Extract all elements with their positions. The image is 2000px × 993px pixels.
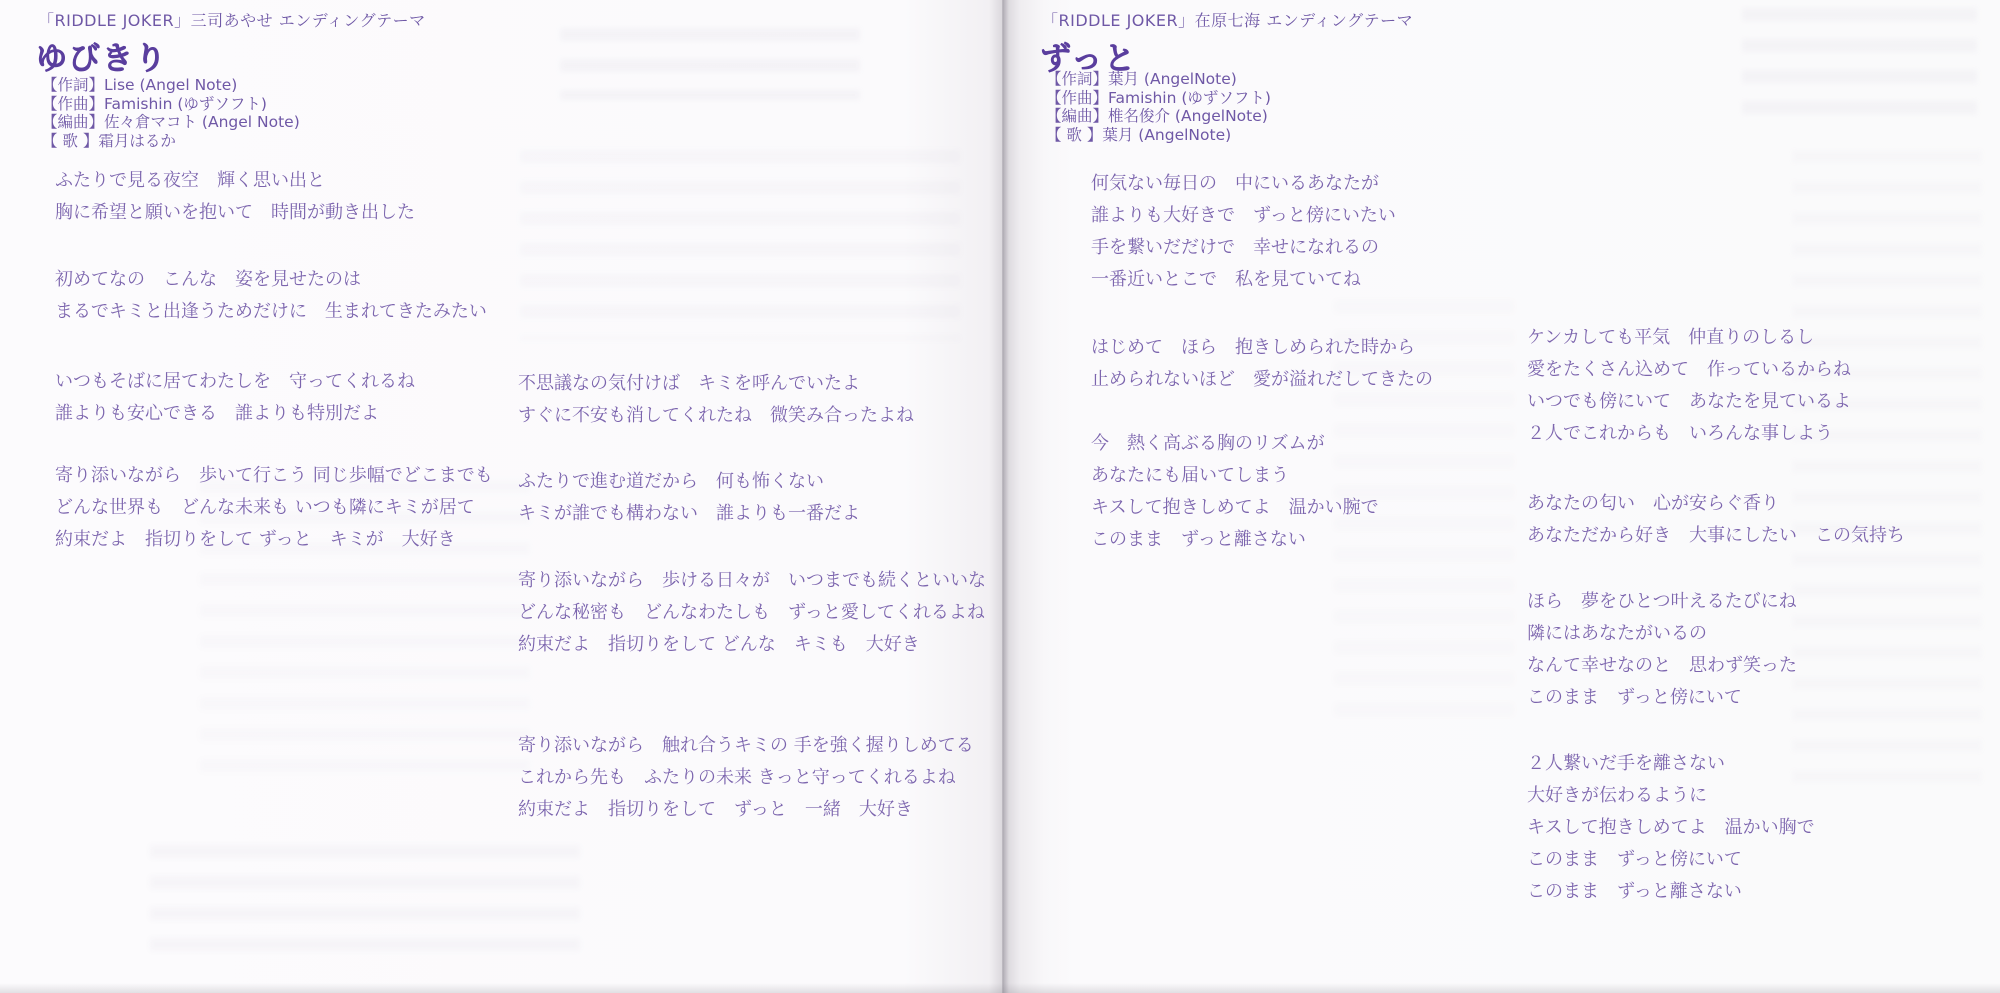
lyric-line: キスして抱きしめてよ 温かい胸で: [1527, 812, 1815, 844]
lyric-line: ほら 夢をひとつ叶えるたびにね: [1527, 586, 1797, 618]
lyric-line: 胸に希望と願いを抱いて 時間が動き出した: [55, 197, 415, 229]
lyric-line: いつもそばに居てわたしを 守ってくれるね: [55, 366, 415, 398]
lyric-line: 寄り添いながら 歩ける日々が いつまでも続くといいな: [518, 565, 986, 597]
lyric-line: どんな秘密も どんなわたしも ずっと愛してくれるよね: [518, 597, 986, 629]
lyric-line: 何気ない毎日の 中にいるあなたが: [1091, 168, 1396, 200]
lyric-line: 【編曲】椎名俊介 (AngelNote): [1046, 107, 1271, 126]
left-page-credits: 【作詞】Lise (Angel Note)【作曲】Famishin (ゆずソフト…: [42, 76, 300, 150]
lyric-line: あなただから好き 大事にしたい この気持ち: [1527, 520, 1905, 552]
lyric-block: ２人繋いだ手を離さない大好きが伝わるようにキスして抱きしめてよ 温かい胸でこのま…: [1527, 748, 1815, 908]
lyric-line: 手を繋いだだけで 幸せになれるの: [1091, 232, 1396, 264]
lyric-line: 一番近いとこで 私を見ていてね: [1091, 264, 1396, 296]
lyric-line: 【作詞】葉月 (AngelNote): [1046, 70, 1271, 89]
lyric-block: ふたりで見る夜空 輝く思い出と胸に希望と願いを抱いて 時間が動き出した: [55, 165, 415, 229]
lyric-line: 止められないほど 愛が溢れだしてきたの: [1091, 364, 1433, 396]
lyric-line: 不思議なの気付けば キミを呼んでいたよ: [518, 368, 914, 400]
lyric-line: 【作詞】Lise (Angel Note): [42, 76, 300, 95]
bleedthrough-artifact: [1742, 8, 1977, 120]
right-page-credits: 【作詞】葉月 (AngelNote)【作曲】Famishin (ゆずソフト)【編…: [1046, 70, 1271, 144]
left-page-header: 「RIDDLE JOKER」三司あやせ エンディングテーマ: [38, 8, 426, 31]
lyric-line: 大好きが伝わるように: [1527, 780, 1815, 812]
lyric-line: 隣にはあなたがいるの: [1527, 618, 1797, 650]
lyric-block: はじめて ほら 抱きしめられた時から止められないほど 愛が溢れだしてきたの: [1091, 332, 1433, 396]
lyric-line: このまま ずっと離さない: [1527, 876, 1815, 908]
lyric-line: 【編曲】佐々倉マコト (Angel Note): [42, 113, 300, 132]
lyric-line: あなたの匂い 心が安らぐ香り: [1527, 488, 1905, 520]
right-page: 「RIDDLE JOKER」在原七海 エンディングテーマ ずっと 【作詞】葉月 …: [1004, 0, 2000, 993]
bleedthrough-artifact: [560, 28, 860, 100]
lyric-line: このまま ずっと傍にいて: [1527, 844, 1815, 876]
lyric-line: どんな世界も どんな未来も いつも隣にキミが居て: [55, 492, 493, 524]
lyric-line: ふたりで見る夜空 輝く思い出と: [55, 165, 415, 197]
lyric-block: ケンカしても平気 仲直りのしるし愛をたくさん込めて 作っているからねいつでも傍に…: [1527, 322, 1851, 450]
bleedthrough-artifact: [150, 845, 580, 955]
lyric-block: 初めてなの こんな 姿を見せたのはまるでキミと出逢うためだけに 生まれてきたみた…: [55, 264, 487, 328]
lyric-line: 約束だよ 指切りをして どんな キミも 大好き: [518, 629, 986, 661]
lyric-line: 初めてなの こんな 姿を見せたのは: [55, 264, 487, 296]
lyric-line: すぐに不安も消してくれたね 微笑み合ったよね: [518, 400, 914, 432]
right-page-header: 「RIDDLE JOKER」在原七海 エンディングテーマ: [1042, 8, 1413, 31]
lyric-block: ほら 夢をひとつ叶えるたびにね隣にはあなたがいるのなんて幸せなのと 思わず笑った…: [1527, 586, 1797, 714]
lyric-line: 誰よりも安心できる 誰よりも特別だよ: [55, 398, 415, 430]
lyric-line: いつでも傍にいて あなたを見ているよ: [1527, 386, 1851, 418]
lyric-line: ケンカしても平気 仲直りのしるし: [1527, 322, 1851, 354]
lyric-line: はじめて ほら 抱きしめられた時から: [1091, 332, 1433, 364]
lyric-block: 今 熱く高ぶる胸のリズムがあなたにも届いてしまうキスして抱きしめてよ 温かい腕で…: [1091, 428, 1379, 556]
lyric-line: 約束だよ 指切りをして ずっと キミが 大好き: [55, 524, 493, 556]
lyric-line: あなたにも届いてしまう: [1091, 460, 1379, 492]
lyric-block: 何気ない毎日の 中にいるあなたが誰よりも大好きで ずっと傍にいたい手を繋いだだけ…: [1091, 168, 1396, 296]
lyric-line: キミが誰でも構わない 誰よりも一番だよ: [518, 498, 860, 530]
left-page-song-title: ゆびきり: [36, 33, 168, 78]
lyric-line: なんて幸せなのと 思わず笑った: [1527, 650, 1797, 682]
booklet-spread: 「RIDDLE JOKER」三司あやせ エンディングテーマ ゆびきり 【作詞】L…: [0, 0, 2000, 993]
lyric-line: 寄り添いながら 触れ合うキミの 手を強く握りしめてる: [518, 730, 974, 762]
bleedthrough-artifact: [520, 150, 960, 340]
left-page: 「RIDDLE JOKER」三司あやせ エンディングテーマ ゆびきり 【作詞】L…: [0, 0, 1004, 993]
lyric-block: 寄り添いながら 歩ける日々が いつまでも続くといいなどんな秘密も どんなわたしも…: [518, 565, 986, 661]
lyric-line: キスして抱きしめてよ 温かい腕で: [1091, 492, 1379, 524]
lyric-block: いつもそばに居てわたしを 守ってくれるね誰よりも安心できる 誰よりも特別だよ: [55, 366, 415, 430]
bleedthrough-artifact: [1792, 150, 1982, 790]
lyric-line: このまま ずっと離さない: [1091, 524, 1379, 556]
lyric-line: 誰よりも大好きで ずっと傍にいたい: [1091, 200, 1396, 232]
lyric-line: 【作曲】Famishin (ゆずソフト): [1046, 89, 1271, 108]
lyric-line: 愛をたくさん込めて 作っているからね: [1527, 354, 1851, 386]
lyric-block: 不思議なの気付けば キミを呼んでいたよすぐに不安も消してくれたね 微笑み合ったよ…: [518, 368, 914, 432]
lyric-block: 寄り添いながら 歩いて行こう 同じ歩幅でどこまでもどんな世界も どんな未来も い…: [55, 460, 493, 556]
lyric-line: 【 歌 】葉月 (AngelNote): [1046, 126, 1271, 145]
lyric-line: ふたりで進む道だから 何も怖くない: [518, 466, 860, 498]
lyric-line: 【 歌 】霜月はるか: [42, 132, 300, 151]
lyric-block: 寄り添いながら 触れ合うキミの 手を強く握りしめてるこれから先も ふたりの未来 …: [518, 730, 974, 826]
lyric-line: ２人繋いだ手を離さない: [1527, 748, 1815, 780]
lyric-line: これから先も ふたりの未来 きっと守ってくれるよね: [518, 762, 974, 794]
lyric-line: ２人でこれからも いろんな事しよう: [1527, 418, 1851, 450]
lyric-block: あなたの匂い 心が安らぐ香りあなただから好き 大事にしたい この気持ち: [1527, 488, 1905, 552]
lyric-line: 約束だよ 指切りをして ずっと 一緒 大好き: [518, 794, 974, 826]
lyric-line: 寄り添いながら 歩いて行こう 同じ歩幅でどこまでも: [55, 460, 493, 492]
lyric-block: ふたりで進む道だから 何も怖くないキミが誰でも構わない 誰よりも一番だよ: [518, 466, 860, 530]
lyric-line: 今 熱く高ぶる胸のリズムが: [1091, 428, 1379, 460]
lyric-line: まるでキミと出逢うためだけに 生まれてきたみたい: [55, 296, 487, 328]
lyric-line: このまま ずっと傍にいて: [1527, 682, 1797, 714]
lyric-line: 【作曲】Famishin (ゆずソフト): [42, 95, 300, 114]
